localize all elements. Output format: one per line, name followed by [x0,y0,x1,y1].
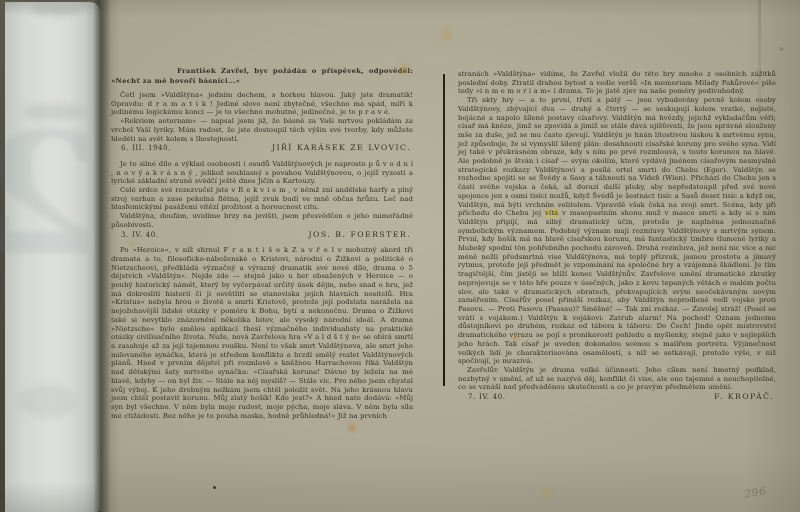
pencil-page-number: 296 [743,484,767,501]
signature: F. KROPÁČ. [714,393,774,402]
date: 7. IV. 40. [468,393,506,402]
book-page: František Zavřel, byv požádán o příspěve… [100,0,800,512]
date: 6. III. 1940. [121,144,171,153]
showthrough-smudge [31,4,81,16]
signature: JOS. B. FOERSTER. [309,231,411,240]
ink-speck [213,486,216,489]
left-column: František Zavřel, byv požádán o příspěve… [111,66,413,420]
paragraph: stranách »Valdštýna« vidíme, že Zavřel v… [458,70,776,96]
signature: JIŘÍ KARÁSEK ZE LVOVIC. [272,144,411,153]
foxing-stain [395,62,412,76]
paragraph: Je to silné dílo a výklad osobnosti i os… [111,160,413,186]
gutter-shadow [93,0,111,512]
turned-page: 2 [5,2,100,512]
date-signature-line: 7. IV. 40.F. KROPÁČ. [458,393,774,402]
column-divider-rule [443,74,445,386]
showthrough-numeral: 2 [7,110,99,278]
paragraph: Valdštýna, doufám, uvidíme brzy na jeviš… [111,212,413,229]
book-scan: 2 František Zavřel, byv požádán o příspě… [0,0,800,512]
paragraph: Četl jsem »Valdštýna« jedním dechem, s h… [111,91,413,117]
showthrough-smudge [19,384,77,418]
foxing-stain [540,487,556,499]
highlighted-word: vítá [545,209,558,217]
foxing-stain [347,423,357,432]
date-signature-line: 3. IV. 40.JOS. B. FOERSTER. [111,231,411,240]
foxing-stain [439,28,454,41]
foxing-stain [126,238,138,248]
date: 3. IV. 40. [121,231,159,240]
paragraph: Po »Heroice«, v níž shrnul F r a n t i š… [111,246,413,420]
date-signature-line: 6. III. 1940.JIŘÍ KARÁSEK ZE LVOVIC. [111,144,411,153]
paragraph: Celé srdce své rozezvučel jste v R e k v… [111,186,413,212]
paragraph: »Rekviem aeternam« — napsal jsem již, že… [111,117,413,143]
paragraph: Tři akty hry — a to první, třetí a pátý … [458,96,776,366]
paragraph: Zavřelův Valdštýn je drama velké účinnos… [458,366,776,392]
foxing-stain [512,334,520,341]
ink-speck [779,47,784,51]
paragraph: František Zavřel, byv požádán o příspěve… [111,66,413,86]
right-column: stranách »Valdštýna« vidíme, že Zavřel v… [458,70,776,404]
